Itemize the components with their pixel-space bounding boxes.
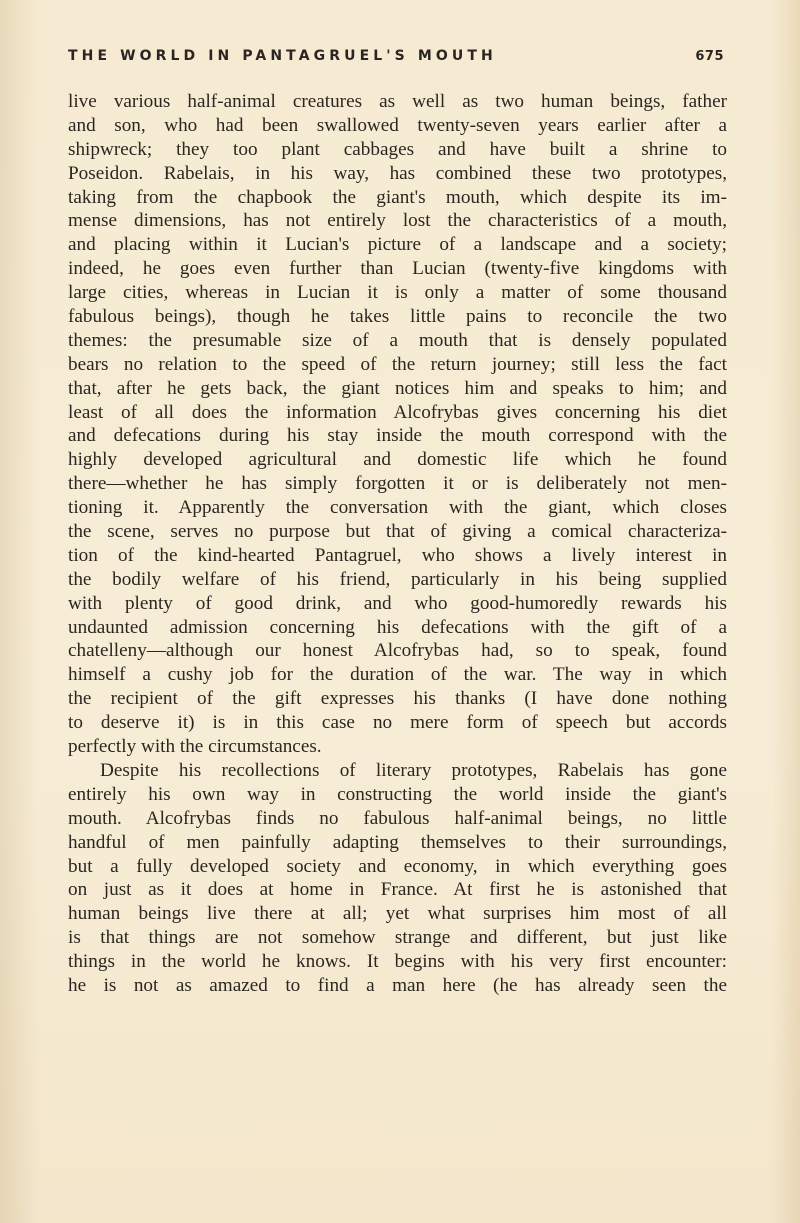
text-line: bears no relation to the speed of the re… bbox=[68, 353, 727, 377]
text-line: the scene, serves no purpose but that of… bbox=[68, 520, 727, 544]
running-title: THE WORLD IN PANTAGRUEL'S MOUTH bbox=[68, 48, 497, 64]
text-line: he is not as amazed to find a man here (… bbox=[68, 974, 727, 998]
paragraph-2: Despite his recollections of literary pr… bbox=[68, 759, 727, 998]
text-line: and defecations during his stay inside t… bbox=[68, 424, 727, 448]
paragraph-1: live various half-animal creatures as we… bbox=[68, 90, 727, 759]
text-line: himself a cushy job for the duration of … bbox=[68, 663, 727, 687]
text-line: the bodily welfare of his friend, partic… bbox=[68, 568, 727, 592]
body-text: live various half-animal creatures as we… bbox=[68, 90, 727, 998]
text-line: and son, who had been swallowed twenty-s… bbox=[68, 114, 727, 138]
text-line: handful of men painfully adapting themse… bbox=[68, 831, 727, 855]
text-line: mense dimensions, has not entirely lost … bbox=[68, 209, 727, 233]
text-line: entirely his own way in constructing the… bbox=[68, 783, 727, 807]
text-line: with plenty of good drink, and who good-… bbox=[68, 592, 727, 616]
text-line: taking from the chapbook the giant's mou… bbox=[68, 186, 727, 210]
text-line: chatelleny—although our honest Alcofryba… bbox=[68, 639, 727, 663]
text-line: things in the world he knows. It begins … bbox=[68, 950, 727, 974]
text-line: on just as it does at home in France. At… bbox=[68, 878, 727, 902]
text-line: Poseidon. Rabelais, in his way, has comb… bbox=[68, 162, 727, 186]
text-line: live various half-animal creatures as we… bbox=[68, 90, 727, 114]
text-line: highly developed agricultural and domest… bbox=[68, 448, 727, 472]
text-line: fabulous beings), though he takes little… bbox=[68, 305, 727, 329]
text-line: but a fully developed society and econom… bbox=[68, 855, 727, 879]
running-head: THE WORLD IN PANTAGRUEL'S MOUTH 675 bbox=[68, 48, 728, 70]
text-line: tion of the kind-hearted Pantagruel, who… bbox=[68, 544, 727, 568]
text-line: is that things are not somehow strange a… bbox=[68, 926, 727, 950]
text-line: mouth. Alcofrybas finds no fabulous half… bbox=[68, 807, 727, 831]
text-line: that, after he gets back, the giant noti… bbox=[68, 377, 727, 401]
text-line: Despite his recollections of literary pr… bbox=[68, 759, 727, 783]
text-line: human beings live there at all; yet what… bbox=[68, 902, 727, 926]
text-line: perfectly with the circumstances. bbox=[68, 735, 727, 759]
text-line: indeed, he goes even further than Lucian… bbox=[68, 257, 727, 281]
text-line: there—whether he has simply forgotten it… bbox=[68, 472, 727, 496]
text-line: least of all does the information Alcofr… bbox=[68, 401, 727, 425]
page-number: 675 bbox=[695, 49, 724, 64]
text-line: to deserve it) is in this case no mere f… bbox=[68, 711, 727, 735]
text-line: tioning it. Apparently the conversation … bbox=[68, 496, 727, 520]
text-line: themes: the presumable size of a mouth t… bbox=[68, 329, 727, 353]
book-page: THE WORLD IN PANTAGRUEL'S MOUTH 675 live… bbox=[0, 0, 800, 1223]
text-line: undaunted admission concerning his defec… bbox=[68, 616, 727, 640]
text-line: large cities, whereas in Lucian it is on… bbox=[68, 281, 727, 305]
text-line: shipwreck; they too plant cabbages and h… bbox=[68, 138, 727, 162]
text-line: the recipient of the gift expresses his … bbox=[68, 687, 727, 711]
text-line: and placing within it Lucian's picture o… bbox=[68, 233, 727, 257]
